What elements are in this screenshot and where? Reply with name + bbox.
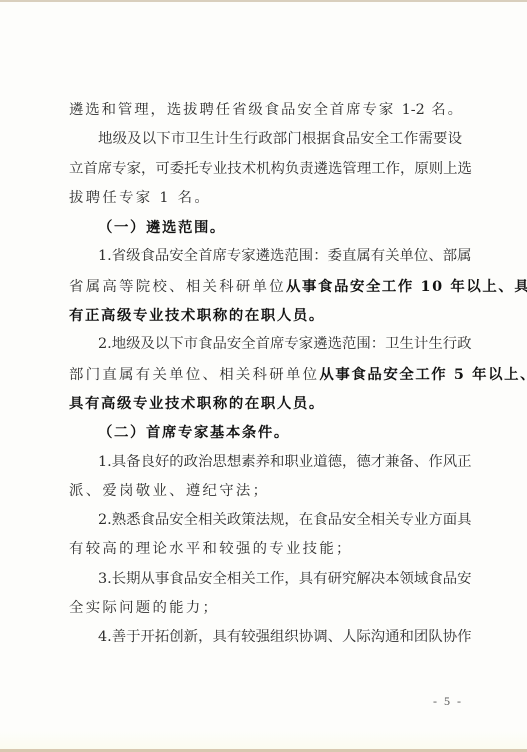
paragraph-first-line: 地级及以下市卫生计生行政部门根据食品安全工作需要设 [69, 125, 462, 154]
mixed-line: 省属高等院校、相关科研单位从事食品安全工作 10 年以上、具 [69, 272, 462, 301]
text-line: 派、爱岗敬业、遵纪守法； [69, 477, 462, 506]
bold-emphasis: 从事食品安全工作 5 年以上、 [319, 366, 527, 383]
page-top-edge [0, 0, 527, 2]
text-line: 立首席专家，可委托专业技术机构负责遴选管理工作，原则上选 [69, 155, 462, 184]
section-heading-conditions: （二）首席专家基本条件。 [69, 418, 462, 447]
text-line: 拔聘任专家 1 名。 [69, 184, 462, 213]
bold-emphasis-line: 具有高级专业技术职称的在职人员。 [69, 389, 462, 418]
page-bottom-shade [0, 731, 527, 749]
paragraph-first-line: 2.地级及以下市食品安全首席专家遴选范围：卫生计生行政 [69, 330, 462, 359]
normal-text: 省属高等院校、相关科研单位 [69, 279, 286, 295]
normal-text: 部门直属有关单位、相关科研单位 [69, 367, 319, 383]
paragraph-first-line: 1.省级食品安全首席专家遴选范围：委直属有关单位、部属 [69, 242, 462, 271]
page-number: - 5 - [428, 694, 468, 709]
paragraph-first-line: 2.熟悉食品安全相关政策法规，在食品安全相关专业方面具 [69, 506, 462, 535]
section-heading-scope: （一）遴选范围。 [69, 213, 462, 242]
bold-emphasis: 从事食品安全工作 10 年以上、具 [286, 278, 527, 295]
paragraph-first-line: 1.具备良好的政治思想素养和职业道德，德才兼备、作风正 [69, 448, 462, 477]
text-line: 全实际问题的能力； [69, 594, 462, 623]
paragraph-first-line: 4.善于开拓创新，具有较强组织协调、人际沟通和团队协作 [69, 623, 462, 652]
paragraph-first-line: 3.长期从事食品安全相关工作，具有研究解决本领域食品安 [69, 565, 462, 594]
text-line: 遴选和管理，选拔聘任省级食品安全首席专家 1-2 名。 [69, 96, 462, 125]
text-line: 有较高的理论水平和较强的专业技能； [69, 535, 462, 564]
document-body: 遴选和管理，选拔聘任省级食品安全首席专家 1-2 名。 地级及以下市卫生计生行政… [69, 96, 462, 653]
mixed-line: 部门直属有关单位、相关科研单位从事食品安全工作 5 年以上、 [69, 360, 462, 389]
bold-emphasis-line: 有正高级专业技术职称的在职人员。 [69, 301, 462, 330]
